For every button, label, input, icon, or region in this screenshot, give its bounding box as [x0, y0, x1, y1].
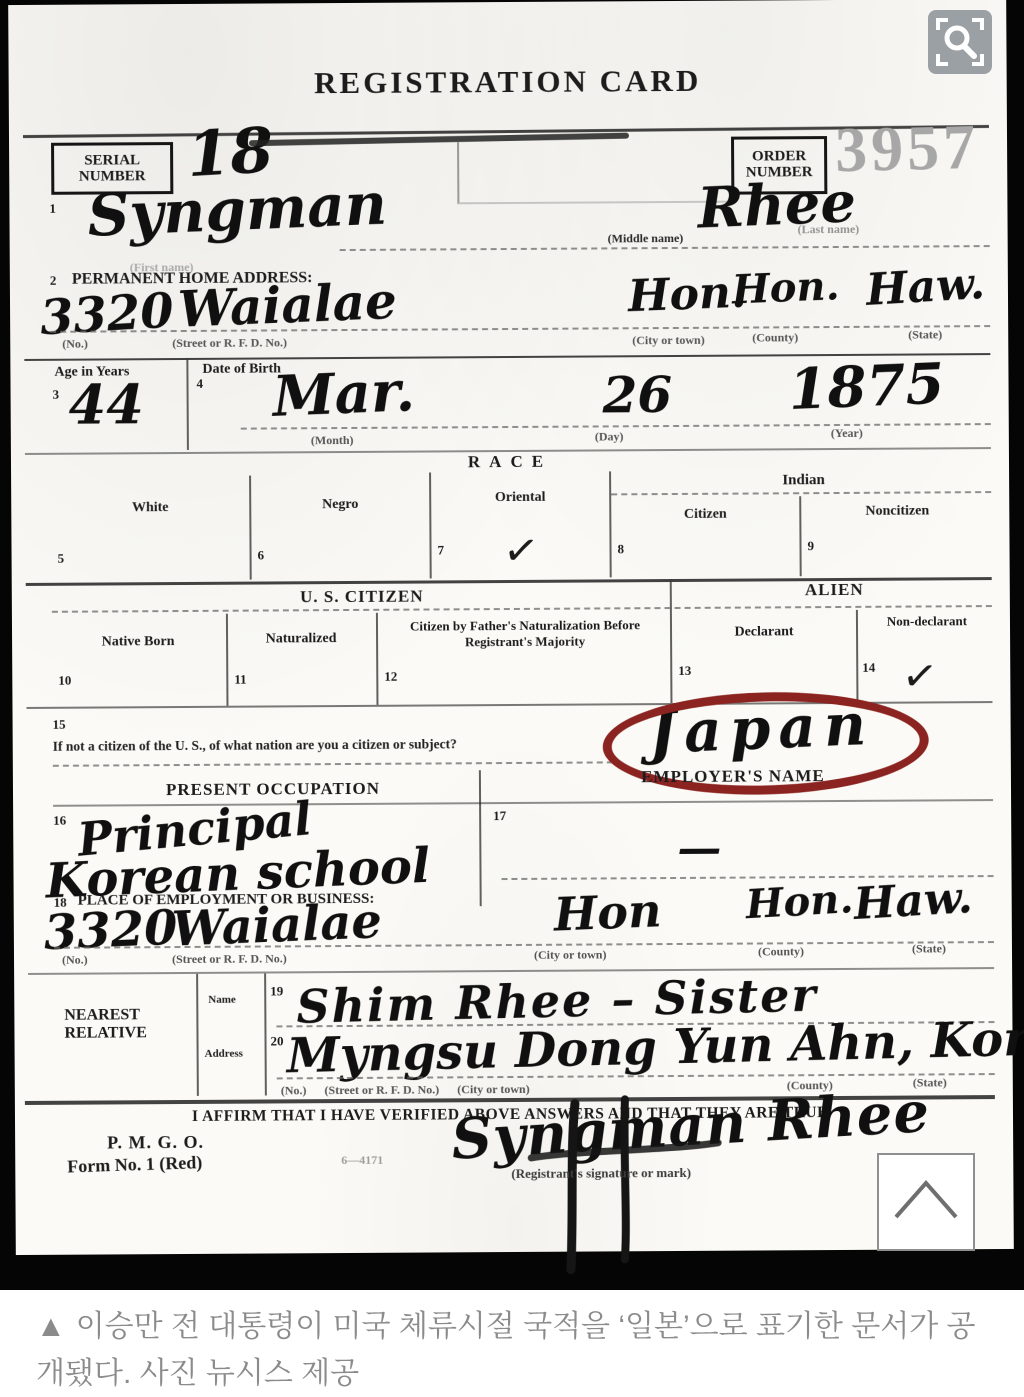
state-label: (State)	[912, 941, 946, 956]
pen-stroke-mark	[513, 1091, 734, 1282]
year-label: (Year)	[831, 426, 863, 441]
employment-state-value: Haw.	[852, 872, 974, 930]
employer-value: —	[677, 823, 721, 874]
form-number: Form No. 1 (Red)	[67, 1152, 203, 1177]
last-name-label: (Last name)	[798, 222, 860, 237]
caption-text: 이승만 전 대통령이 미국 체류시절 국적을 ‘일본’으로 표기한 문서가 공개…	[36, 1310, 976, 1390]
day-label: (Day)	[595, 429, 624, 444]
address-county-value: Hon.	[731, 262, 840, 313]
divider	[249, 476, 252, 580]
city-label: (City or town)	[632, 333, 705, 348]
race-option-indian-noncitizen: Noncitizen	[801, 503, 993, 520]
divider	[479, 770, 482, 906]
relative-name-label: Name	[208, 994, 236, 1006]
signature-caption: (Registrant's signature or mark)	[511, 1165, 691, 1182]
divider	[28, 967, 994, 975]
serial-box	[457, 141, 729, 205]
box-number: 6	[258, 548, 265, 564]
box-number: 10	[58, 673, 71, 689]
alien-option-non-declarant: Non-declarant	[860, 613, 994, 629]
caption-marker: ▲	[36, 1310, 66, 1343]
box-number: 13	[678, 663, 691, 679]
indian-header: Indian	[611, 471, 996, 490]
us-citizen-header: U. S. CITIZEN	[52, 585, 672, 609]
registration-card: REGISTRATION CARD SERIAL NUMBER 18 ORDER…	[8, 0, 1014, 1255]
divider	[429, 472, 432, 578]
zoom-button[interactable]	[928, 10, 992, 74]
card-title: REGISTRATION CARD	[9, 61, 1007, 103]
no-label: (No.)	[62, 953, 88, 968]
line-number: 16	[53, 813, 66, 829]
divider	[611, 491, 991, 495]
box-number: 8	[617, 541, 624, 557]
race-option-negro: Negro	[251, 496, 429, 513]
month-label: (Month)	[311, 433, 354, 448]
relative-sub-labels: (No.) (Street or R. F. D. No.) (City or …	[281, 1082, 530, 1099]
document-photo: REGISTRATION CARD SERIAL NUMBER 18 ORDER…	[0, 0, 1024, 1290]
chevron-up-icon	[879, 1155, 973, 1249]
alien-header: ALIEN	[672, 579, 997, 601]
box-number: 11	[234, 672, 246, 688]
race-option-indian-citizen: Citizen	[611, 506, 799, 523]
middle-name-label: (Middle name)	[608, 231, 684, 246]
divider	[186, 358, 189, 450]
alien-option-declarant: Declarant	[674, 624, 854, 641]
oriental-checkmark: ✓	[500, 524, 541, 577]
divider	[226, 614, 229, 706]
dob-year-value: 1875	[787, 351, 945, 423]
box-number: 14	[862, 660, 875, 676]
divider	[856, 610, 859, 702]
order-number-value: 3957	[834, 110, 980, 187]
address-state-value: Haw.	[865, 258, 987, 316]
citizen-option-naturalized: Naturalized	[228, 631, 374, 648]
no-label: (No.)	[62, 337, 88, 352]
nearest-relative-header: NEAREST RELATIVE	[64, 1006, 184, 1044]
line-number: 19	[270, 983, 283, 999]
divider	[264, 974, 267, 1096]
county-label: (County)	[758, 944, 804, 959]
county-label: (County)	[752, 330, 798, 345]
line-number: 17	[493, 808, 506, 824]
first-name-value: Syngman	[86, 170, 388, 250]
non-declarant-checkmark: ✓	[899, 649, 940, 702]
city-label: (City or town)	[534, 947, 607, 962]
magnifier-fullscreen-icon	[928, 10, 992, 74]
print-code: 6—4171	[341, 1153, 383, 1168]
line-number: 15	[53, 717, 66, 733]
dob-month-value: Mar.	[271, 358, 416, 430]
box-number: 7	[437, 542, 444, 558]
box-number: 12	[384, 669, 397, 685]
nation-question: If not a citizen of the U. S., of what n…	[53, 735, 613, 754]
line-number: 2	[50, 273, 57, 289]
street-label: (Street or R. F. D. No.)	[172, 951, 287, 967]
citizen-option-native-born: Native Born	[52, 634, 224, 651]
line-number: 3	[53, 387, 60, 403]
divider	[376, 613, 379, 705]
citizen-option-by-father: Citizen by Father's Naturalization Befor…	[384, 617, 666, 650]
street-label: (Street or R. F. D. No.)	[172, 335, 287, 351]
employment-city-value: Hon	[553, 883, 663, 941]
employment-county-value: Hon.	[744, 875, 854, 928]
age-value: 44	[68, 372, 144, 436]
divider	[53, 761, 613, 766]
line-number: 20	[270, 1033, 283, 1049]
race-option-white: White	[51, 500, 249, 517]
scroll-top-button[interactable]	[877, 1153, 975, 1251]
photo-caption: ▲이승만 전 대통령이 미국 체류시절 국적을 ‘일본’으로 표기한 문서가 공…	[0, 1290, 1024, 1397]
line-number: 1	[49, 201, 56, 217]
employment-street-value: Waialae	[171, 893, 383, 958]
dob-day-value: 26	[602, 365, 672, 424]
box-number: 5	[58, 551, 65, 567]
form-org: P. M. G. O.	[107, 1132, 204, 1154]
divider	[196, 974, 199, 1096]
address-city-value: Hon.	[627, 267, 747, 323]
relative-address-label: Address	[205, 1048, 243, 1060]
state-label: (State)	[908, 327, 942, 342]
line-number: 4	[196, 376, 203, 392]
dob-header: Date of Birth	[202, 361, 281, 377]
box-number: 9	[807, 538, 814, 554]
employers-name-header: EMPLOYER'S NAME	[573, 766, 893, 788]
address-no-value: 3320	[39, 283, 176, 347]
race-option-oriental: Oriental	[431, 489, 609, 506]
